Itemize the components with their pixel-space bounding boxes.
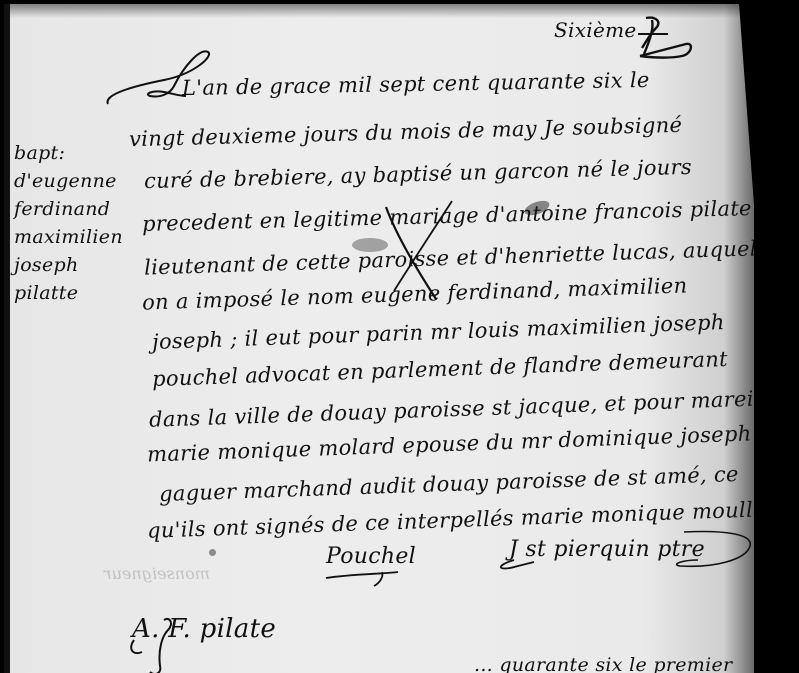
- signature-father-flourish-icon: [124, 600, 184, 673]
- record-line: gaguer marchand audit douay paroisse de …: [159, 464, 739, 505]
- manuscript-sheet: monseigneur Sixième bapt: d'eugenne ferd…: [4, 4, 754, 673]
- margin-note-line: d'eugenne: [14, 172, 123, 191]
- paraph-flourish-icon: [616, 14, 696, 62]
- next-entry-fragment: ... quarante six le premier: [474, 656, 732, 673]
- signature-underline-icon: [322, 564, 402, 588]
- ink-blot: [209, 549, 216, 556]
- bleed-through-text: monseigneur: [104, 564, 210, 583]
- signature-paraph-icon: [484, 526, 764, 586]
- record-line: vingt deuxieme jours du mois de may Je s…: [129, 115, 683, 150]
- record-line: curé de brebiere, ay baptisé un garcon n…: [144, 157, 692, 192]
- record-line: pouchel advocat en parlement de flandre …: [152, 349, 728, 390]
- margin-note-line: maximilien: [14, 228, 123, 247]
- record-line: marie monique molard epouse du mr domini…: [147, 423, 752, 465]
- margin-note: bapt: d'eugenne ferdinand maximilien jos…: [14, 144, 123, 312]
- margin-note-line: pilatte: [14, 284, 123, 303]
- margin-note-line: joseph: [14, 256, 123, 275]
- scanned-page: monseigneur Sixième bapt: d'eugenne ferd…: [0, 0, 799, 673]
- record-line: joseph ; il eut pour parin mr louis maxi…: [152, 312, 725, 353]
- cross-out-mark-icon: [364, 199, 454, 309]
- margin-note-line: ferdinand: [14, 200, 123, 219]
- record-line: L'an de grace mil sept cent quarante six…: [182, 70, 650, 99]
- margin-note-line: bapt:: [14, 144, 123, 163]
